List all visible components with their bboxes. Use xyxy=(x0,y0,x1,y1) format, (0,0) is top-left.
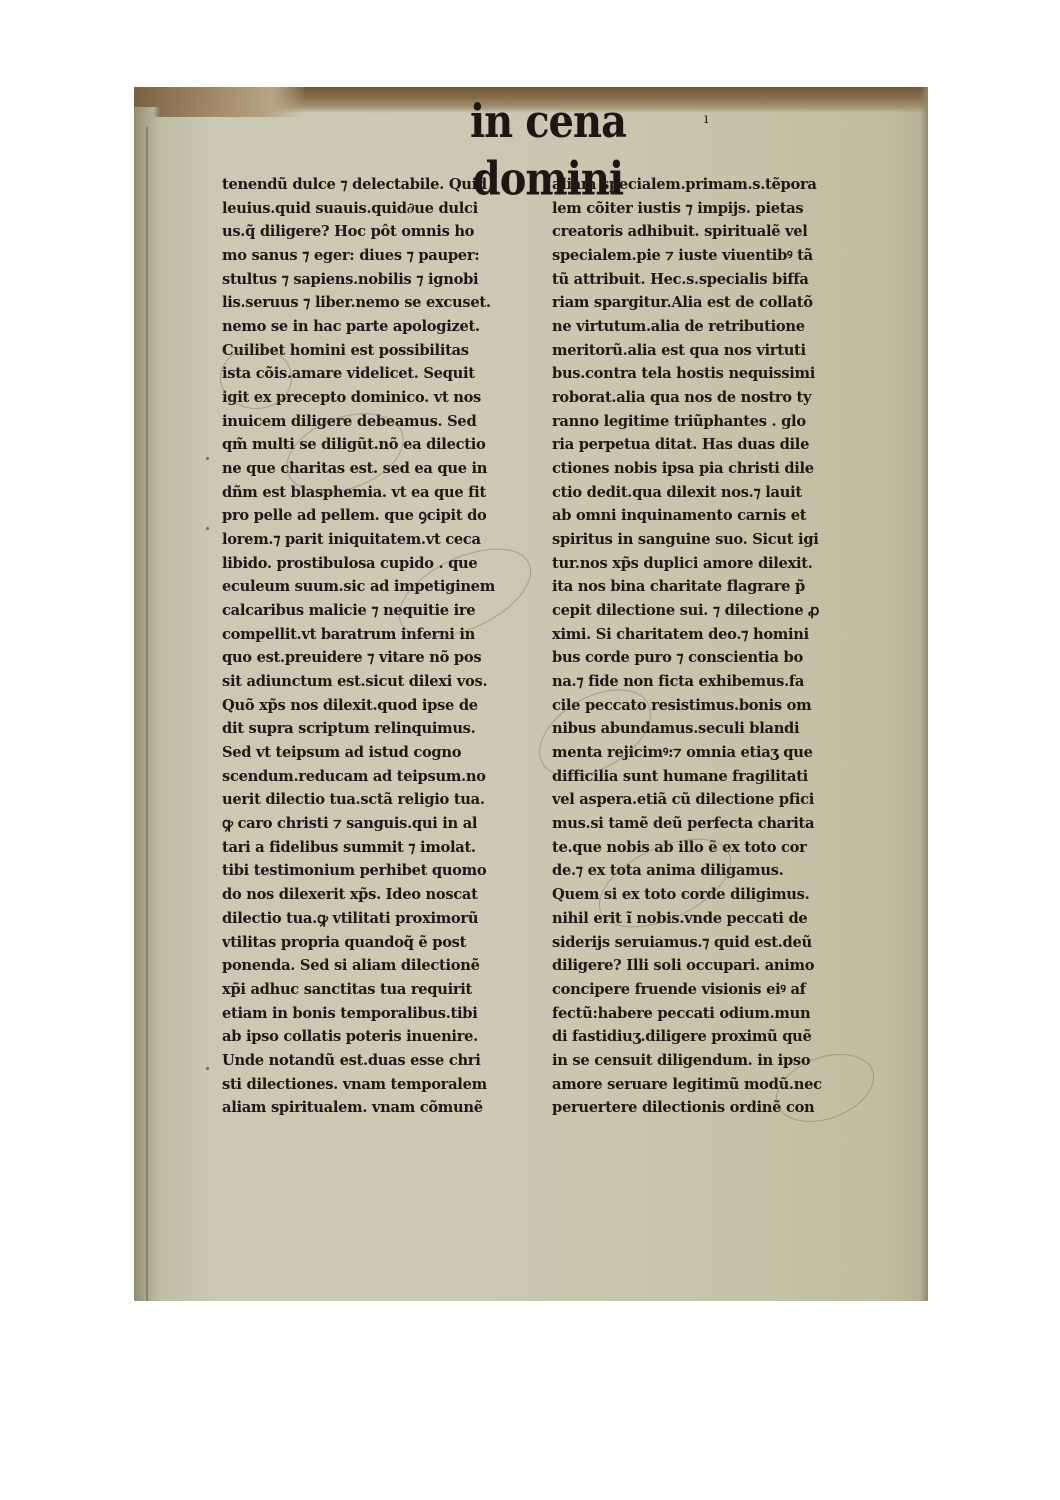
text-line: inuicem diligere debeamus. Sed xyxy=(222,410,552,434)
text-line: mo sanus ⁊ eger: diues ⁊ pauper: xyxy=(222,244,552,268)
text-line: compellit.vt baratrum inferni in xyxy=(222,623,552,647)
text-line: creatoris adhibuit. spiritualẽ vel xyxy=(552,220,888,244)
text-line: ranno legitime triũphantes . glo xyxy=(552,410,888,434)
text-line: sti dilectiones. vnam temporalem xyxy=(222,1073,552,1097)
text-line: calcaribus malicie ⁊ nequitie ire xyxy=(222,599,552,623)
text-line: te.que nobis ab illo ẽ ex toto cor xyxy=(552,836,888,860)
text-line: riam spargitur.Alia est de collatõ xyxy=(552,291,888,315)
text-line: quo est.preuidere ⁊ vitare nõ pos xyxy=(222,646,552,670)
text-line: meritorũ.alia est qua nos virtuti xyxy=(552,339,888,363)
text-line: aliam specialem.primam.s.tẽpora xyxy=(552,173,888,197)
text-line: tur.nos xp̃s duplici amore dilexit. xyxy=(552,552,888,576)
text-line: lem cõiter iustis ⁊ impijs. pietas xyxy=(552,197,888,221)
text-line: sit adiunctum est.sicut dilexi vos. xyxy=(222,670,552,694)
text-line: tenendũ dulce ⁊ delectabile. Quid xyxy=(222,173,552,197)
text-line: de.⁊ ex tota anima diligamus. xyxy=(552,859,888,883)
text-line: tibi testimonium perhibet quomo xyxy=(222,859,552,883)
text-line: lis.seruus ⁊ liber.nemo se excuset. xyxy=(222,291,552,315)
text-line: na.⁊ fide non ficta exhibemus.fa xyxy=(552,670,888,694)
text-line: do nos dilexerit xp̃s. Ideo noscat xyxy=(222,883,552,907)
margin-dot xyxy=(206,527,209,530)
text-line: ista cõis.amare videlicet. Sequit xyxy=(222,362,552,386)
text-line: diligere? Illi soli occupari. animo xyxy=(552,954,888,978)
text-line: vel aspera.etiã cũ dilectione pfici xyxy=(552,788,888,812)
text-line: eculeum suum.sic ad impetiginem xyxy=(222,575,552,599)
margin-dot xyxy=(206,1067,209,1070)
text-line: nemo se in hac parte apologizet. xyxy=(222,315,552,339)
text-line: us.q̃ diligere? Hoc pôt omnis ho xyxy=(222,220,552,244)
text-line: ne virtutum.alia de retributione xyxy=(552,315,888,339)
scanned-page: in cena domini ı tenendũ dulce ⁊ delecta… xyxy=(134,87,928,1301)
text-line: Sed vt teipsum ad istud cogno xyxy=(222,741,552,765)
text-line: cepit dilectione sui. ⁊ dilectione ꝓ xyxy=(552,599,888,623)
text-line: di fastidiuʒ.diligere proximũ quẽ xyxy=(552,1025,888,1049)
text-line: Cuilibet homini est possibilitas xyxy=(222,339,552,363)
text-line: leuius.quid suauis.quid∂ue dulci xyxy=(222,197,552,221)
text-line: concipere fruende visionis eiꝰ af xyxy=(552,978,888,1002)
page-fold-line xyxy=(146,127,148,1301)
text-line: ab omni inquinamento carnis et xyxy=(552,504,888,528)
text-line: nihil erit ĩ nobis.vnde peccati de xyxy=(552,907,888,931)
text-line: spiritus in sanguine suo. Sicut igi xyxy=(552,528,888,552)
text-line: Quem si ex toto corde diligimus. xyxy=(552,883,888,907)
text-line: dilectio tua.ꝙ vtilitati proximorũ xyxy=(222,907,552,931)
text-line: Unde notandũ est.duas esse chri xyxy=(222,1049,552,1073)
text-line: menta rejicimꝰ:⁊ omnia etiaʒ que xyxy=(552,741,888,765)
text-line: dit supra scriptum relinquimus. xyxy=(222,717,552,741)
text-line: xp̃i adhuc sanctitas tua requirit xyxy=(222,978,552,1002)
text-line: ꝙ caro christi ⁊ sanguis.qui in al xyxy=(222,812,552,836)
text-line: pro pelle ad pellem. que ꝯcipit do xyxy=(222,504,552,528)
text-line: mus.si tamẽ deũ perfecta charita xyxy=(552,812,888,836)
text-line: lorem.⁊ parit iniquitatem.vt ceca xyxy=(222,528,552,552)
text-line: scendum.reducam ad teipsum.no xyxy=(222,765,552,789)
page-right-edge xyxy=(920,87,928,1301)
text-line: tari a fidelibus summit ⁊ imolat. xyxy=(222,836,552,860)
text-line: bus.contra tela hostis nequissimi xyxy=(552,362,888,386)
text-line: cile peccato resistimus.bonis om xyxy=(552,694,888,718)
text-line: fectũ:habere peccati odium.mun xyxy=(552,1002,888,1026)
text-line: ab ipso collatis poteris inuenire. xyxy=(222,1025,552,1049)
text-line: uerit dilectio tua.sctã religio tua. xyxy=(222,788,552,812)
margin-dot xyxy=(206,457,209,460)
text-line: Quõ xp̃s nos dilexit.quod ipse de xyxy=(222,694,552,718)
text-line: libido. prostibulosa cupido . que xyxy=(222,552,552,576)
text-line: qm̃ multi se diligũt.nõ ea dilectio xyxy=(222,433,552,457)
text-line: vtilitas propria quandoq̃ ẽ post xyxy=(222,931,552,955)
text-line: etiam in bonis temporalibus.tibi xyxy=(222,1002,552,1026)
text-column-left: tenendũ dulce ⁊ delectabile. Quidleuius.… xyxy=(222,173,552,1120)
text-line: roborat.alia qua nos de nostro ty xyxy=(552,386,888,410)
text-line: amore seruare legitimũ modũ.nec xyxy=(552,1073,888,1097)
text-line: siderijs seruiamus.⁊ quid est.deũ xyxy=(552,931,888,955)
text-line: nibus abundamus.seculi blandi xyxy=(552,717,888,741)
text-line: dñm est blasphemia. vt ea que fit xyxy=(222,481,552,505)
text-line: ne que charitas est. sed ea que in xyxy=(222,457,552,481)
text-line: ctio dedit.qua dilexit nos.⁊ lauit xyxy=(552,481,888,505)
text-line: specialem.pie ⁊ iuste viuentibꝰ tã xyxy=(552,244,888,268)
head-mark: ı xyxy=(704,111,708,127)
text-line: ita nos bina charitate flagrare p̃ xyxy=(552,575,888,599)
text-line: ria perpetua ditat. Has duas dile xyxy=(552,433,888,457)
text-line: difficilia sunt humane fragilitati xyxy=(552,765,888,789)
text-line: aliam spiritualem. vnam cõmunẽ xyxy=(222,1096,552,1120)
text-column-right: aliam specialem.primam.s.tẽporalem cõite… xyxy=(552,173,888,1120)
text-line: stultus ⁊ sapiens.nobilis ⁊ ignobi xyxy=(222,268,552,292)
text-line: peruertere dilectionis ordinẽ con xyxy=(552,1096,888,1120)
text-line: ximi. Si charitatem deo.⁊ homini xyxy=(552,623,888,647)
text-line: igit ex precepto dominico. vt nos xyxy=(222,386,552,410)
text-line: bus corde puro ⁊ conscientia bo xyxy=(552,646,888,670)
text-line: ctiones nobis ipsa pia christi dile xyxy=(552,457,888,481)
text-line: in se censuit diligendum. in ipso xyxy=(552,1049,888,1073)
text-line: ponenda. Sed si aliam dilectionẽ xyxy=(222,954,552,978)
text-line: tũ attribuit. Hec.s.specialis biffa xyxy=(552,268,888,292)
